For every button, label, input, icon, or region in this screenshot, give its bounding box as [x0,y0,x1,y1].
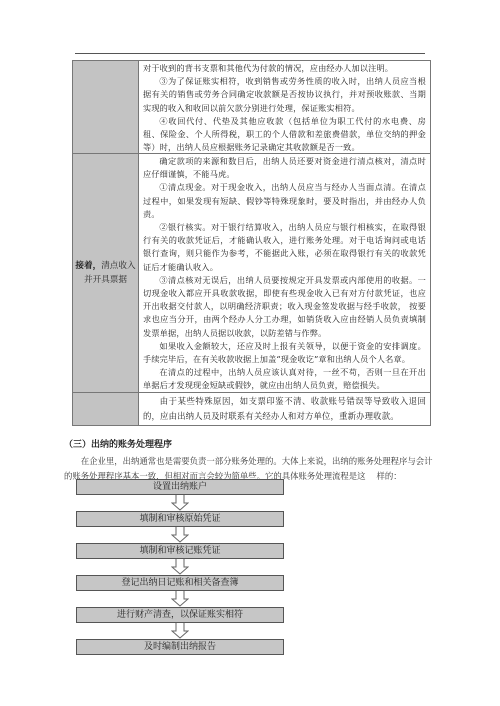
paragraph: ③为了保证账实相符，收到销售或劳务性质的收入时，出纳人员应当根据有关的销售或劳务… [143,75,426,115]
down-arrow-icon [76,495,284,511]
paragraph: 在清点的过程中，出纳人员应该认真对待，一丝不苟，否则一旦在开出单据后才发现现金短… [143,366,426,392]
table-row: 由于某些特殊原因，如支票印鉴不清、收款账号错误等导致收入退回的，应由出纳人员及时… [73,392,430,425]
down-arrow-icon [76,559,284,575]
flowchart: 设置出纳账户 填制和审核原始凭证 填制和审核记账凭证 登记出纳日记账和相关备查簿… [76,479,284,655]
down-arrow-icon [76,623,284,639]
flow-step-6: 及时编制出纳报告 [76,639,284,655]
row-label [73,61,139,153]
row-label [73,393,139,425]
flow-step-5: 进行财产清查，以保证账实相符 [76,607,284,623]
row-content: 对于收到的背书支票和其他代为付款的情况，应由经办人加以注明。 ③为了保证账实相符… [139,61,430,153]
down-arrow-icon [76,591,284,607]
paragraph: ④收回代付、代垫及其他应收款（包括单位为职工代付的水电费、房租、保险金、个人所得… [143,115,426,155]
paragraph: ①清点现金。对于现金收入，出纳人员应当与经办人当面点清。在清点过程中，如果发现有… [143,181,426,221]
flow-step-3: 填制和审核记账凭证 [76,543,284,559]
table-row: 接着，清点收入并开具票据 确定款项的来源和数目后，出纳人员还要对资金进行清点核对… [73,153,430,392]
row-label: 接着，清点收入并开具票据 [73,154,139,392]
paragraph: 如果收入金额较大，还应及时上报有关领导，以便于资金的安排调度。手续完毕后，在有关… [143,340,426,366]
paragraph: ③清点核对无误后，出纳人员要按规定开具发票或内部使用的收据。一切现金收入都应开具… [143,274,426,340]
row-label-bold: 接着， [75,261,101,271]
down-arrow-icon [76,527,284,543]
flow-step-1: 设置出纳账户 [76,479,284,495]
paragraph: ②银行核实。对于银行结算收入，出纳人员应与银行相核实，在取得银行有关的收款凭证后… [143,221,426,274]
header-rule [75,53,425,54]
paragraph: 由于某些特殊原因，如支票印鉴不清、收款账号错误等导致收入退回的，应由出纳人员及时… [143,394,426,424]
table-row: 对于收到的背书支票和其他代为付款的情况，应由经办人加以注明。 ③为了保证账实相符… [73,61,430,153]
flow-step-2: 填制和审核原始凭证 [76,511,284,527]
paragraph: 确定款项的来源和数目后，出纳人员还要对资金进行清点核对，清点时应仔细谨慎，不能马… [143,155,426,181]
row-content: 由于某些特殊原因，如支票印鉴不清、收款账号错误等导致收入退回的，应由出纳人员及时… [139,393,430,425]
paragraph: 对于收到的背书支票和其他代为付款的情况，应由经办人加以注明。 [143,62,426,75]
row-content: 确定款项的来源和数目后，出纳人员还要对资金进行清点核对，清点时应仔细谨慎，不能马… [139,154,430,392]
procedure-table: 对于收到的背书支票和其他代为付款的情况，应由经办人加以注明。 ③为了保证账实相符… [72,60,431,426]
section-title: （三）出纳的账务处理程序 [64,437,172,450]
flow-step-4: 登记出纳日记账和相关备查簿 [76,575,284,591]
